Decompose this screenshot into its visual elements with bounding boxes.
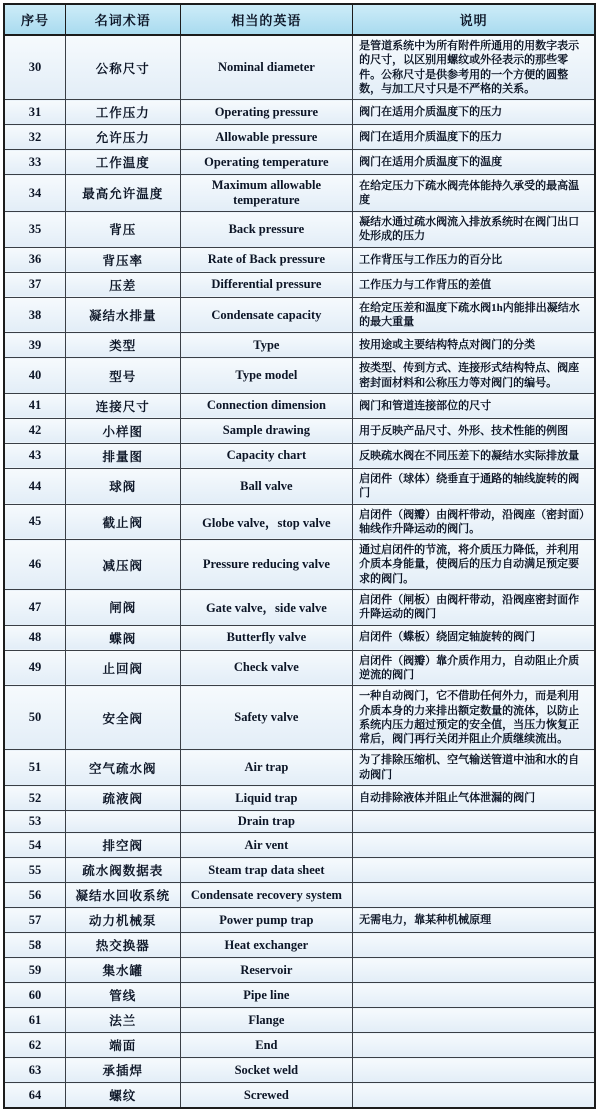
cell-explanation: 启闭件（阀瓣）由阀杆带动，沿阀座（密封面）轴线作升降运动的阀门。 <box>353 504 595 540</box>
cell-explanation: 为了排除压缩机、空气输送管道中油和水的自动阀门 <box>353 750 595 786</box>
table-row: 30 公称尺寸 Nominal diameter 是管道系统中为所有附件所通用的… <box>4 35 595 100</box>
cell-explanation: 启闭件（蝶板）绕固定轴旋转的阀门 <box>353 625 595 650</box>
table-row: 50 安全阀 Safety valve 一种自动阀门，它不借助任何外力，而是利用… <box>4 686 595 750</box>
cell-serial-number: 48 <box>4 625 65 650</box>
table-row: 37 压差 Differential pressure 工作压力与工作背压的差值 <box>4 272 595 297</box>
cell-explanation: 是管道系统中为所有附件所通用的用数字表示的尺寸，以区别用螺纹或外径表示的那些零件… <box>353 35 595 100</box>
table-row: 51 空气疏水阀 Air trap 为了排除压缩机、空气输送管道中油和水的自动阀… <box>4 750 595 786</box>
cell-chinese-term: 工作温度 <box>65 150 180 175</box>
cell-chinese-term: 允许压力 <box>65 125 180 150</box>
table-row: 41 连接尺寸 Connection dimension 阀门和管道连接部位的尺… <box>4 393 595 418</box>
cell-chinese-term: 空气疏水阀 <box>65 750 180 786</box>
table-row: 31 工作压力 Operating pressure 阀门在适用介质温度下的压力 <box>4 100 595 125</box>
cell-explanation: 反映疏水阀在不同压差下的凝结水实际排放量 <box>353 443 595 468</box>
cell-chinese-term: 连接尺寸 <box>65 393 180 418</box>
cell-english-term: Type <box>180 333 353 358</box>
cell-english-term: Differential pressure <box>180 272 353 297</box>
cell-english-term: Liquid trap <box>180 786 353 806</box>
cell-english-term: Ball valve <box>180 468 353 504</box>
cell-serial-number: 40 <box>4 358 65 394</box>
header-cell-no: 序号 <box>4 4 65 35</box>
cell-explanation: 在给定压差和温度下疏水阀1h内能排出凝结水的最大重量 <box>353 297 595 333</box>
document-page: 序号 名词术语 相当的英语 说明 30 公称尺寸 Nominal diamete… <box>3 3 596 802</box>
cell-english-term: Maximum allowable temperature <box>180 175 353 212</box>
cell-chinese-term: 蝶阀 <box>65 625 180 650</box>
cell-chinese-term: 截止阀 <box>65 504 180 540</box>
cell-chinese-term: 型号 <box>65 358 180 394</box>
cell-serial-number: 31 <box>4 100 65 125</box>
cell-chinese-term: 背压 <box>65 212 180 248</box>
cell-english-term: Pressure reducing valve <box>180 540 353 590</box>
cell-chinese-term: 凝结水排量 <box>65 297 180 333</box>
cell-explanation: 在给定压力下疏水阀壳体能持久承受的最高温度 <box>353 175 595 212</box>
cell-serial-number: 37 <box>4 272 65 297</box>
cell-serial-number: 41 <box>4 393 65 418</box>
cell-english-term: Rate of Back pressure <box>180 247 353 272</box>
cell-serial-number: 50 <box>4 686 65 750</box>
header-cell-note: 说明 <box>353 4 595 35</box>
table-row: 52 疏液阀 Liquid trap 自动排除液体并阻止气体泄漏的阀门 <box>4 786 595 806</box>
cell-explanation: 按用途或主要结构特点对阀门的分类 <box>353 333 595 358</box>
cell-explanation: 阀门和管道连接部位的尺寸 <box>353 393 595 418</box>
cell-english-term: Connection dimension <box>180 393 353 418</box>
cell-serial-number: 44 <box>4 468 65 504</box>
cell-explanation: 工作背压与工作压力的百分比 <box>353 247 595 272</box>
cell-serial-number: 47 <box>4 590 65 626</box>
cell-english-term: Safety valve <box>180 686 353 750</box>
cell-explanation: 凝结水通过疏水阀流入排放系统时在阀门出口处形成的压力 <box>353 212 595 248</box>
table-row: 38 凝结水排量 Condensate capacity 在给定压差和温度下疏水… <box>4 297 595 333</box>
cell-explanation: 启闭件（阀瓣）靠介质作用力，自动阻止介质逆流的阀门 <box>353 650 595 686</box>
terminology-table: 序号 名词术语 相当的英语 说明 30 公称尺寸 Nominal diamete… <box>3 3 596 806</box>
table-row: 49 止回阀 Check valve 启闭件（阀瓣）靠介质作用力，自动阻止介质逆… <box>4 650 595 686</box>
cell-serial-number: 33 <box>4 150 65 175</box>
cell-chinese-term: 最高允许温度 <box>65 175 180 212</box>
cell-english-term: Capacity chart <box>180 443 353 468</box>
cell-explanation: 启闭件（球体）绕垂直于通路的轴线旋转的阀门 <box>353 468 595 504</box>
cell-serial-number: 30 <box>4 35 65 100</box>
cell-english-term: Gate valve，side valve <box>180 590 353 626</box>
cell-chinese-term: 闸阀 <box>65 590 180 626</box>
cell-english-term: Sample drawing <box>180 418 353 443</box>
cell-english-term: Nominal diameter <box>180 35 353 100</box>
cell-explanation: 通过启闭件的节流，将介质压力降低，并利用介质本身能量，使阀后的压力自动满足预定要… <box>353 540 595 590</box>
cell-serial-number: 35 <box>4 212 65 248</box>
header-row: 序号 名词术语 相当的英语 说明 <box>4 4 595 35</box>
table-row: 34 最高允许温度 Maximum allowable temperature … <box>4 175 595 212</box>
cell-serial-number: 32 <box>4 125 65 150</box>
cell-english-term: Allowable pressure <box>180 125 353 150</box>
cell-english-term: Back pressure <box>180 212 353 248</box>
cell-explanation: 自动排除液体并阻止气体泄漏的阀门 <box>353 786 595 806</box>
table-row: 36 背压率 Rate of Back pressure 工作背压与工作压力的百… <box>4 247 595 272</box>
cell-english-term: Air trap <box>180 750 353 786</box>
cell-english-term: Butterfly valve <box>180 625 353 650</box>
cell-serial-number: 45 <box>4 504 65 540</box>
cell-chinese-term: 工作压力 <box>65 100 180 125</box>
cell-explanation: 启闭件（闸板）由阀杆带动，沿阀座密封面作升降运动的阀门 <box>353 590 595 626</box>
table-row: 46 减压阀 Pressure reducing valve 通过启闭件的节流，… <box>4 540 595 590</box>
cell-chinese-term: 安全阀 <box>65 686 180 750</box>
cell-serial-number: 34 <box>4 175 65 212</box>
cell-explanation: 工作压力与工作背压的差值 <box>353 272 595 297</box>
cell-english-term: Operating pressure <box>180 100 353 125</box>
table-row: 43 排量图 Capacity chart 反映疏水阀在不同压差下的凝结水实际排… <box>4 443 595 468</box>
header-cell-english: 相当的英语 <box>180 4 353 35</box>
header-cell-term: 名词术语 <box>65 4 180 35</box>
cell-explanation: 用于反映产品尺寸、外形、技术性能的例图 <box>353 418 595 443</box>
cell-chinese-term: 排量图 <box>65 443 180 468</box>
cell-serial-number: 43 <box>4 443 65 468</box>
cell-english-term: Condensate capacity <box>180 297 353 333</box>
cell-chinese-term: 减压阀 <box>65 540 180 590</box>
table-row: 48 蝶阀 Butterfly valve 启闭件（蝶板）绕固定轴旋转的阀门 <box>4 625 595 650</box>
table-row: 42 小样图 Sample drawing 用于反映产品尺寸、外形、技术性能的例… <box>4 418 595 443</box>
cell-serial-number: 49 <box>4 650 65 686</box>
cell-chinese-term: 公称尺寸 <box>65 35 180 100</box>
cell-explanation: 阀门在适用介质温度下的压力 <box>353 125 595 150</box>
table-row: 32 允许压力 Allowable pressure 阀门在适用介质温度下的压力 <box>4 125 595 150</box>
cell-serial-number: 52 <box>4 786 65 806</box>
cell-english-term: Operating temperature <box>180 150 353 175</box>
cell-serial-number: 36 <box>4 247 65 272</box>
table-header: 序号 名词术语 相当的英语 说明 <box>4 4 595 35</box>
cell-explanation: 一种自动阀门，它不借助任何外力，而是利用介质本身的力来排出额定数量的流体，以防止… <box>353 686 595 750</box>
table-row: 33 工作温度 Operating temperature 阀门在适用介质温度下… <box>4 150 595 175</box>
table-row: 35 背压 Back pressure 凝结水通过疏水阀流入排放系统时在阀门出口… <box>4 212 595 248</box>
cell-serial-number: 42 <box>4 418 65 443</box>
cell-explanation: 阀门在适用介质温度下的压力 <box>353 100 595 125</box>
cell-chinese-term: 压差 <box>65 272 180 297</box>
cell-explanation: 阀门在适用介质温度下的温度 <box>353 150 595 175</box>
cell-chinese-term: 球阀 <box>65 468 180 504</box>
table-row: 47 闸阀 Gate valve，side valve 启闭件（闸板）由阀杆带动… <box>4 590 595 626</box>
cell-chinese-term: 背压率 <box>65 247 180 272</box>
cell-english-term: Type model <box>180 358 353 394</box>
table-row: 39 类型 Type 按用途或主要结构特点对阀门的分类 <box>4 333 595 358</box>
cell-chinese-term: 小样图 <box>65 418 180 443</box>
table-row: 44 球阀 Ball valve 启闭件（球体）绕垂直于通路的轴线旋转的阀门 <box>4 468 595 504</box>
cell-explanation: 按类型、传到方式、连接形式结构特点、阀座密封面材料和公称压力等对阀门的编号。 <box>353 358 595 394</box>
cell-english-term: Check valve <box>180 650 353 686</box>
cell-serial-number: 51 <box>4 750 65 786</box>
cell-serial-number: 46 <box>4 540 65 590</box>
table-body: 30 公称尺寸 Nominal diameter 是管道系统中为所有附件所通用的… <box>4 35 595 806</box>
cell-english-term: Globe valve，stop valve <box>180 504 353 540</box>
cell-chinese-term: 疏液阀 <box>65 786 180 806</box>
cell-chinese-term: 类型 <box>65 333 180 358</box>
table-row: 40 型号 Type model 按类型、传到方式、连接形式结构特点、阀座密封面… <box>4 358 595 394</box>
table-row: 45 截止阀 Globe valve，stop valve 启闭件（阀瓣）由阀杆… <box>4 504 595 540</box>
cell-chinese-term: 止回阀 <box>65 650 180 686</box>
cell-serial-number: 38 <box>4 297 65 333</box>
cell-serial-number: 39 <box>4 333 65 358</box>
